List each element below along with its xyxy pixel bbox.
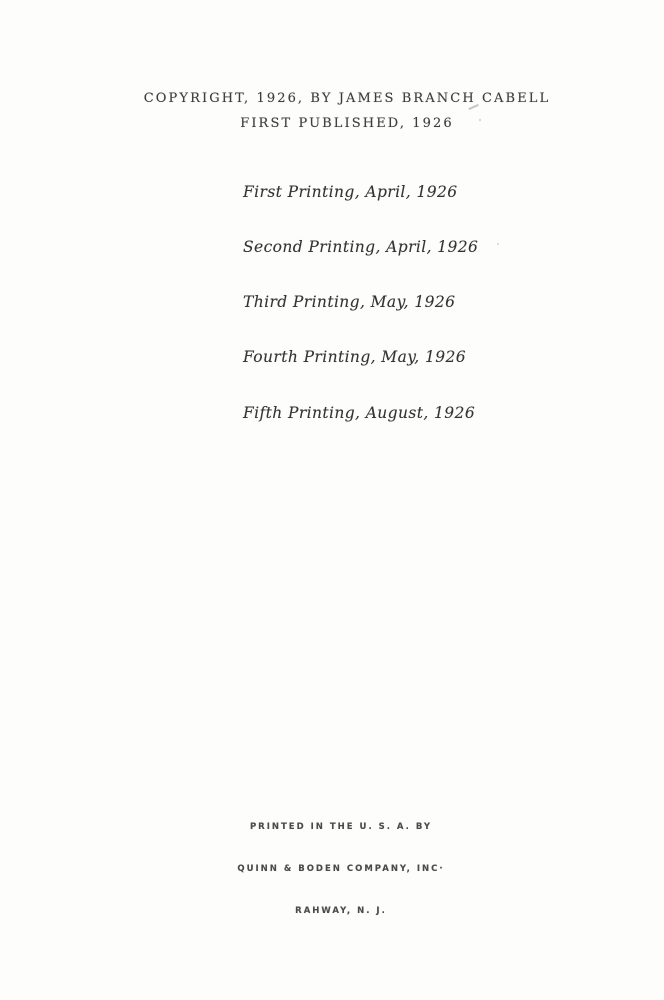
imprint-line-city: RAHWAY, N. J. [9, 904, 664, 918]
imprint-line-company: QUINN & BODEN COMPANY, INC· [9, 862, 664, 876]
imprint-line-printed-in: PRINTED IN THE U. S. A. BY [9, 820, 664, 834]
printing-history-list: First Printing, April, 1926 Second Print… [243, 146, 478, 459]
book-copyright-page: COPYRIGHT, 1926, BY JAMES BRANCH CABELL … [0, 0, 664, 1000]
printing-entry-second: Second Printing, April, 1926 [243, 238, 478, 256]
first-published-line: FIRST PUBLISHED, 1926 [15, 117, 664, 131]
printing-entry-fifth: Fifth Printing, August, 1926 [243, 404, 478, 422]
printing-entry-third: Third Printing, May, 1926 [243, 293, 478, 311]
scan-speck [497, 243, 499, 245]
printer-imprint: PRINTED IN THE U. S. A. BY QUINN & BODEN… [9, 792, 664, 946]
copyright-line: COPYRIGHT, 1926, BY JAMES BRANCH CABELL [15, 92, 664, 106]
printing-entry-fourth: Fourth Printing, May, 1926 [243, 348, 478, 366]
printing-entry-first: First Printing, April, 1926 [243, 183, 478, 201]
